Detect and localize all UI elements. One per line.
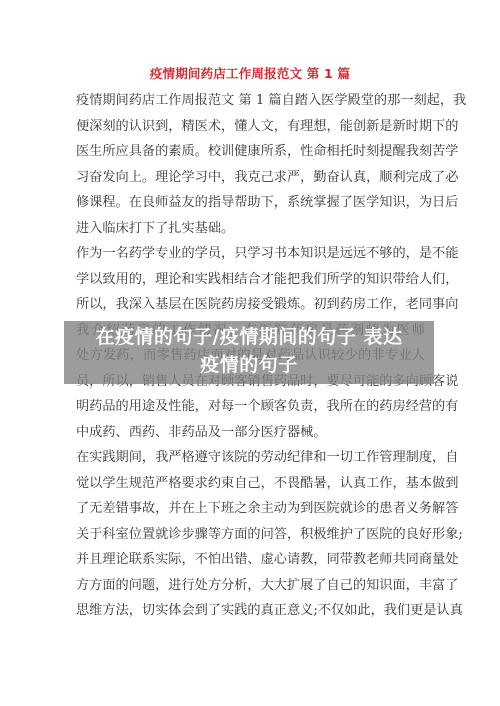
body-line: 学以致用的，理论和实践相结合才能把我们所学的知识带给人们，	[76, 271, 425, 289]
body-line: 疫情期间药店工作周报范文 第 1 篇自踏入医学殿堂的那一刻起，我	[76, 92, 425, 110]
body-line: 进入临床打下了扎实基础。	[76, 220, 425, 238]
body-line: 便深刻的认识到，精医术，懂人文，有理想，能创新是新时期下的	[76, 118, 425, 136]
body-line: 关于科室位置就诊步骤等方面的问答，积极维护了医院的良好形象;	[76, 526, 425, 544]
body-line: 医生所应具备的素质。校训健康所系，性命相托时刻提醒我刻苦学	[76, 143, 425, 161]
body-line: 明药品的用途及性能，对每一个顾客负责，我所在的药房经营的有	[76, 398, 425, 416]
body-line: 方方面的问题，进行处方分析，大大扩展了自己的知识面，丰富了	[76, 577, 425, 595]
body-line: 作为一名药学专业的学员，只学习书本知识是远远不够的，是不能	[76, 245, 425, 263]
body-line: 觉以学生规范严格要求约束自己，不畏酷暑，认真工作，基本做到	[76, 475, 425, 493]
body-line: 并且理论联系实际，不怕出错、虚心请教，同带教老师共同商量处	[76, 551, 425, 569]
body-line: 了无差错事故，并在上下班之余主动为到医院就诊的患者义务解答	[76, 500, 425, 518]
body-line: 所以，我深入基层在医院药房接受锻炼。初到药房工作，老同事向	[76, 296, 425, 314]
caption-overlay-text: 在疫情的句子/疫情期间的句子 表达 疫情的句子	[64, 323, 434, 379]
body-line: 思维方法，切实体会到了实践的真正意义;不仅如此，我们更是认真	[76, 602, 425, 620]
body-line: 中成药、西药、非药品及一部分医疗器械。	[76, 424, 425, 442]
caption-line-1: 在疫情的句子/疫情期间的句子 表达	[64, 323, 434, 351]
body-line: 在实践期间，我严格遵守该院的劳动纪律和一切工作管理制度，自	[76, 449, 425, 467]
body-line: 习奋发向上。理论学习中，我克己求严，勤奋认真，顺利完成了必	[76, 169, 425, 187]
document-title: 疫情期间药店工作周报范文 第 1 篇	[0, 64, 500, 82]
body-line: 修课程。在良师益友的指导帮助下，系统掌握了医学知识，为日后	[76, 194, 425, 212]
document-page: 疫情期间药店工作周报范文 第 1 篇 疫情期间药店工作周报范文 第 1 篇自踏入…	[0, 0, 500, 706]
caption-line-2: 疫情的句子	[64, 351, 434, 379]
